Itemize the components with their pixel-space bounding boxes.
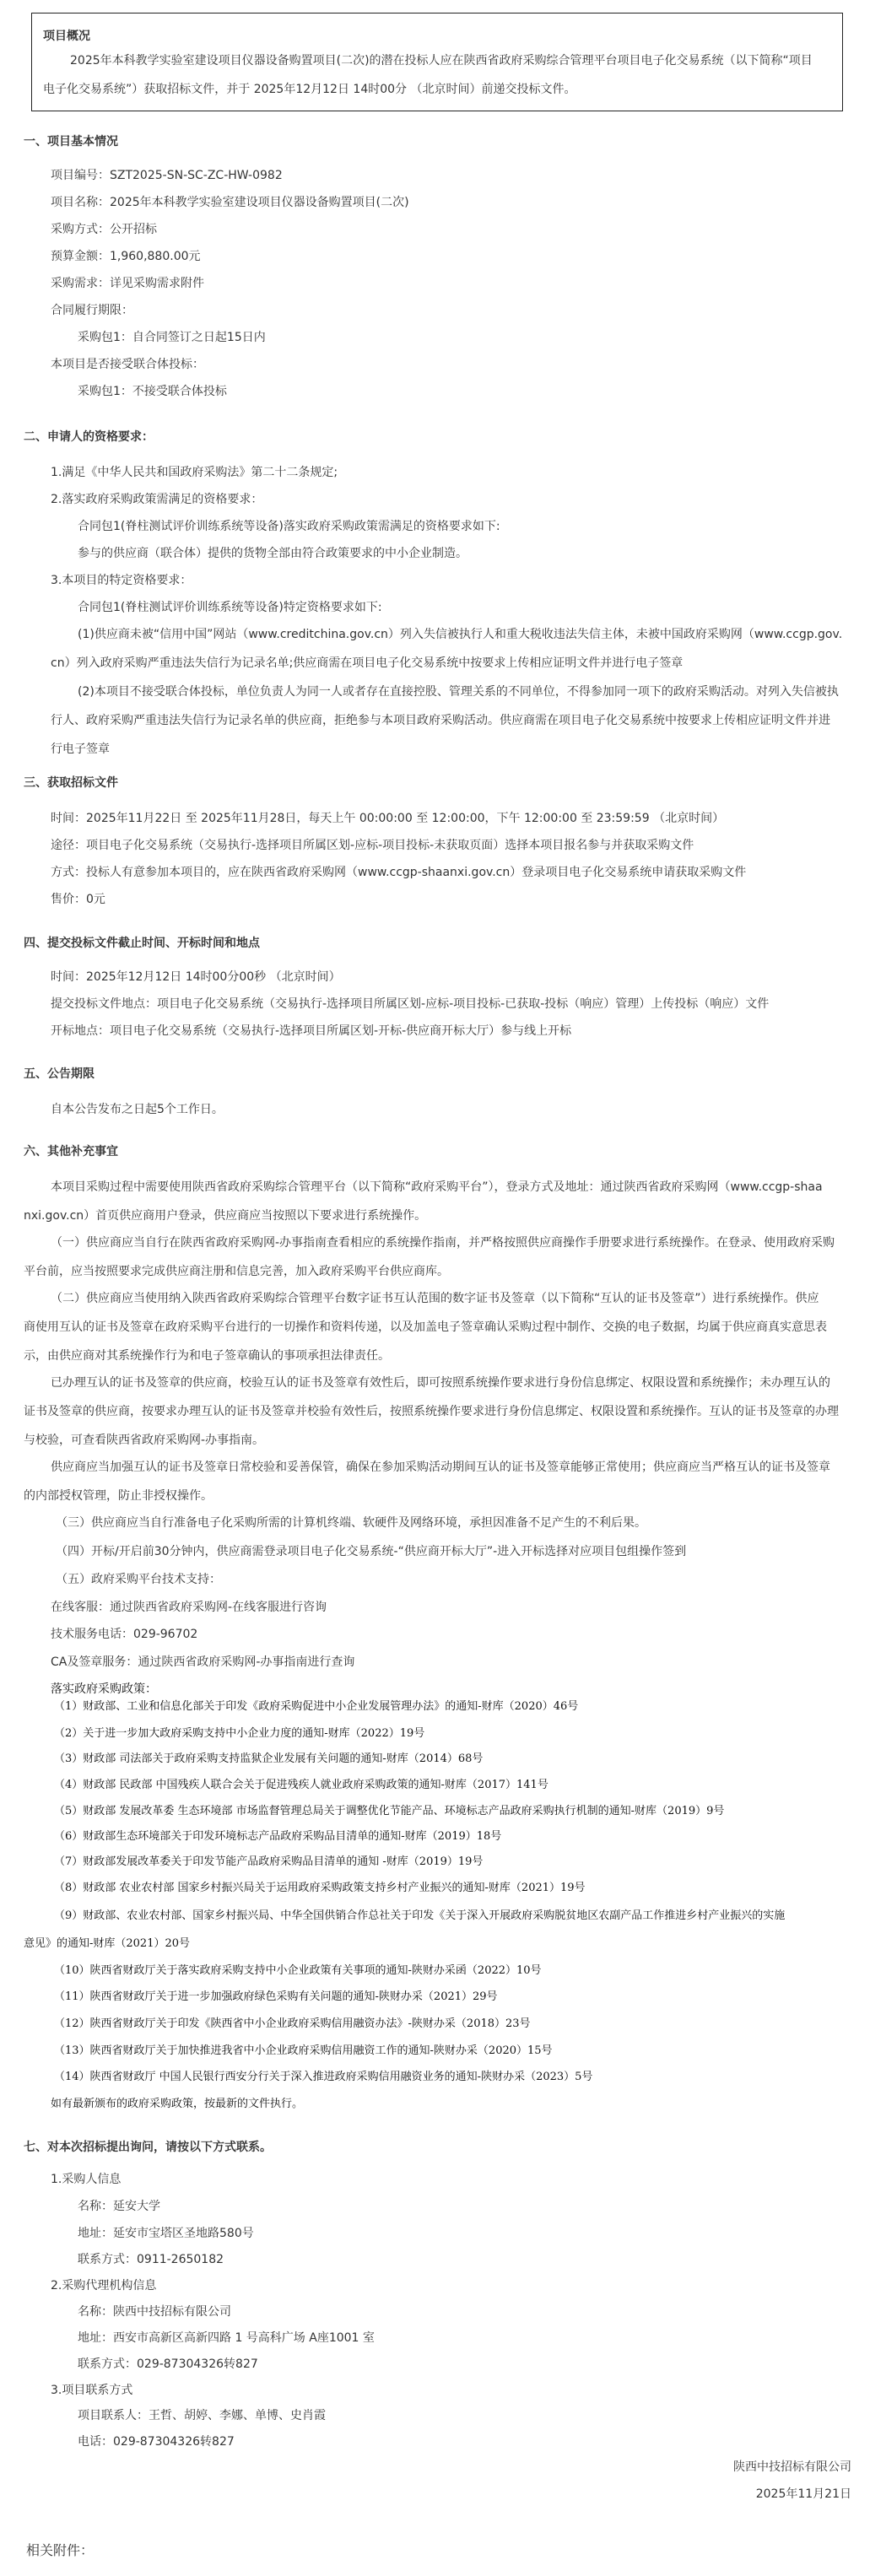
supplement-intro-line2: nxi.gov.cn）首页供应商用户登录，供应商应当按照以下要求进行系统操作。 <box>24 1207 426 1224</box>
purchaser-name: 名称：延安大学 <box>78 2198 160 2215</box>
section-2-heading: 二、申请人的资格要求： <box>24 429 154 446</box>
policy-item: （11）陕西省财政厅关于进一步加强政府绿色采购有关问题的通知-陕财办采（2021… <box>54 1989 498 2006</box>
policy-item: （10）陕西省财政厅关于落实政府采购支持中小企业政策有关事项的通知-陕财办采函（… <box>54 1963 542 1979</box>
section-5-heading: 五、公告期限 <box>24 1066 95 1083</box>
agency-contact: 联系方式：029-87304326转827 <box>78 2356 258 2373</box>
deadline-time: 时间：2025年12月12日 14时00分00秒 （北京时间） <box>51 969 341 986</box>
supplement-intro-line1: 本项目采购过程中需要使用陕西省政府采购综合管理平台（以下简称“政府采购平台”），… <box>51 1179 823 1196</box>
qualification-item-2-detail: 参与的供应商（联合体）提供的货物全部由符合政策要求的中小企业制造。 <box>78 545 467 562</box>
purchaser-contact: 联系方式：0911-2650182 <box>78 2251 224 2268</box>
project-number: 项目编号：SZT2025-SN-SC-ZC-HW-0982 <box>51 167 283 184</box>
qualification-item-3-package: 合同包1(脊柱测试评价训练系统等设备)特定资格要求如下: <box>78 599 382 616</box>
policy-item: （14）陕西省财政厅 中国人民银行西安分行关于深入推进政府采购信用融资业务的通知… <box>54 2069 592 2086</box>
qualification-item-3-p2-line1: (2)本项目不接受联合体投标，单位负责人为同一人或者存在直接控股、管理关系的不同… <box>78 683 839 700</box>
signature-date: 2025年11月21日 <box>756 2486 851 2503</box>
policy-item: （6）财政部生态环境部关于印发环境标志产品政府采购品目清单的通知-财库（2019… <box>54 1828 501 1845</box>
tech-service-phone: 技术服务电话：029-96702 <box>51 1626 197 1643</box>
overview-line-1: 2025年本科教学实验室建设项目仪器设备购置项目(二次)的潜在投标人应在陕西省政… <box>70 52 813 69</box>
acquisition-price: 售价：0元 <box>51 891 105 908</box>
project-contact-title: 3.项目联系方式 <box>51 2382 132 2399</box>
supplement-p5: （三）供应商应当自行准备电子化采购所需的计算机终端、软硬件及网络环境，承担因准备… <box>56 1515 646 1531</box>
policy-item: （7）财政部发展改革委关于印发节能产品政府采购品目清单的通知 -财库（2019）… <box>54 1854 483 1871</box>
opening-place: 开标地点：项目电子化交易系统（交易执行-选择项目所属区划-开标-供应商开标大厅）… <box>51 1023 571 1040</box>
supplement-p3-line1: 已办理互认的证书及签章的供应商，校验互认的证书及签章有效性后，即可按照系统操作要… <box>51 1374 830 1391</box>
policy-footer: 如有最新颁布的政府采购政策，按最新的文件执行。 <box>51 2096 303 2113</box>
supplement-p4-line1: 供应商应当加强互认的证书及签章日常校验和妥善保管，确保在参加采购活动期间互认的证… <box>51 1459 830 1476</box>
qualification-item-1: 1.满足《中华人民共和国政府采购法》第二十二条规定; <box>51 464 338 481</box>
ca-service: CA及签章服务：通过陕西省政府采购网-办事指南进行查询 <box>51 1654 354 1671</box>
supplement-p6: （四）开标/开启前30分钟内，供应商需登录项目电子化交易系统-“供应商开标大厅”… <box>56 1543 686 1560</box>
section-4-heading: 四、提交投标文件截止时间、开标时间和地点 <box>24 935 260 952</box>
purchaser-address: 地址：延安市宝塔区圣地路580号 <box>78 2225 254 2242</box>
attachments-label: 相关附件： <box>26 2542 94 2559</box>
policy-item: （9）财政部、农业农村部、国家乡村振兴局、中华全国供销合作总社关于印发《关于深入… <box>54 1908 785 1925</box>
agency-address: 地址：西安市高新区高新四路 1 号高科广场 A座1001 室 <box>78 2330 375 2346</box>
procurement-demand: 采购需求：详见采购需求附件 <box>51 275 204 292</box>
supplement-p2-line2: 商使用互认的证书及签章在政府采购平台进行的一切操作和资料传递，以及加盖电子签章确… <box>24 1319 827 1336</box>
announcement-period: 自本公告发布之日起5个工作日。 <box>51 1101 224 1118</box>
section-1-heading: 一、项目基本情况 <box>24 133 118 150</box>
section-6-heading: 六、其他补充事宜 <box>24 1143 118 1160</box>
qualification-item-2-package: 合同包1(脊柱测试评价训练系统等设备)落实政府采购政策需满足的资格要求如下: <box>78 518 500 535</box>
consortium-label: 本项目是否接受联合体投标： <box>51 356 204 373</box>
contract-period-package: 采购包1：自合同签订之日起15日内 <box>78 329 266 346</box>
policy-item: （3）财政部 司法部关于政府采购支持监狱企业发展有关问题的通知-财库（2014）… <box>54 1751 483 1768</box>
policy-item: （1）财政部、工业和信息化部关于印发《政府采购促进中小企业发展管理办法》的通知-… <box>54 1698 578 1715</box>
policy-item: （13）陕西省财政厅关于加快推进我省中小企业政府采购信用融资工作的通知-陕财办采… <box>54 2043 553 2060</box>
supplement-p1-line2: 平台前，应当按照要求完成供应商注册和信息完善，加入政府采购平台供应商库。 <box>24 1263 449 1280</box>
policy-item: （2）关于进一步加大政府采购支持中小企业力度的通知-财库（2022）19号 <box>54 1725 424 1742</box>
section-3-heading: 三、获取招标文件 <box>24 775 118 791</box>
acquisition-time: 时间：2025年11月22日 至 2025年11月28日，每天上午 00:00:… <box>51 810 724 827</box>
signature-company: 陕西中技招标有限公司 <box>733 2459 851 2476</box>
project-name: 项目名称：2025年本科教学实验室建设项目仪器设备购置项目(二次) <box>51 194 409 211</box>
qualification-item-3-p2-line2: 行人、政府采购严重违法失信行为记录名单的供应商，拒绝参与本项目政府采购活动。供应… <box>51 712 830 729</box>
qualification-item-3: 3.本项目的特定资格要求： <box>51 572 192 589</box>
agency-info-title: 2.采购代理机构信息 <box>51 2277 156 2294</box>
agency-name: 名称：陕西中技招标有限公司 <box>78 2303 231 2320</box>
acquisition-route: 途径：项目电子化交易系统（交易执行-选择项目所属区划-应标-项目投标-未获取页面… <box>51 837 694 854</box>
supplement-p2-line3: 示，由供应商对其系统操作行为和电子签章确认的事项承担法律责任。 <box>24 1347 390 1364</box>
supplement-p7: （五）政府采购平台技术支持： <box>56 1571 221 1588</box>
budget-amount: 预算金额：1,960,880.00元 <box>51 248 201 265</box>
overview-title: 项目概况 <box>43 28 90 45</box>
supplement-p4-line2: 的内部授权管理，防止非授权操作。 <box>24 1488 213 1504</box>
supplement-p3-line2: 证书及签章的供应商，按要求办理互认的证书及签章并校验有效性后，按照系统操作要求进… <box>24 1403 839 1420</box>
acquisition-method: 方式：投标人有意参加本项目的，应在陕西省政府采购网（www.ccgp-shaan… <box>51 864 746 881</box>
qualification-item-3-p1-line1: (1)供应商未被“信用中国”网站（www.creditchina.gov.cn）… <box>78 626 842 643</box>
policy-heading: 落实政府采购政策： <box>51 1681 157 1698</box>
policy-item-continued: 意见》的通知-财库（2021）20号 <box>24 1936 190 1952</box>
contract-period-label: 合同履行期限： <box>51 302 133 319</box>
qualification-item-2: 2.落实政府采购政策需满足的资格要求： <box>51 491 262 508</box>
project-phone: 电话：029-87304326转827 <box>78 2433 235 2450</box>
procurement-method: 采购方式：公开招标 <box>51 221 157 238</box>
overview-line-2: 电子化交易系统”）获取招标文件，并于 2025年12月12日 14时00分 （北… <box>43 81 576 98</box>
section-7-heading: 七、对本次招标提出询问，请按以下方式联系。 <box>24 2139 272 2156</box>
qualification-item-3-p2-line3: 行电子签章 <box>51 741 110 758</box>
policy-item: （4）财政部 民政部 中国残疾人联合会关于促进残疾人就业政府采购政策的通知-财库… <box>54 1777 548 1794</box>
supplement-p2-line1: （二）供应商应当使用纳入陕西省政府采购综合管理平台数字证书互认范围的数字证书及签… <box>51 1290 819 1307</box>
online-service: 在线客服：通过陕西省政府采购网-在线客服进行咨询 <box>51 1599 327 1616</box>
policy-item: （8）财政部 农业农村部 国家乡村振兴局关于运用政府采购政策支持乡村产业振兴的通… <box>54 1880 586 1897</box>
consortium-package: 采购包1：不接受联合体投标 <box>78 383 227 400</box>
announcement-page: 项目概况 2025年本科教学实验室建设项目仪器设备购置项目(二次)的潜在投标人应… <box>0 0 870 2576</box>
submission-place: 提交投标文件地点：项目电子化交易系统（交易执行-选择项目所属区划-应标-项目投标… <box>51 996 769 1013</box>
qualification-item-3-p1-line2: cn）列入政府采购严重违法失信行为记录名单;供应商需在项目电子化交易系统中按要求… <box>51 655 683 672</box>
policy-item: （12）陕西省财政厅关于印发《陕西省中小企业政府采购信用融资办法》-陕财办采（2… <box>54 2016 531 2033</box>
supplement-p3-line3: 与校验，可查看陕西省政府采购网-办事指南。 <box>24 1432 264 1449</box>
policy-item: （5）财政部 发展改革委 生态环境部 市场监督管理总局关于调整优化节能产品、环境… <box>54 1803 724 1820</box>
supplement-p1-line1: （一）供应商应当自行在陕西省政府采购网-办事指南查看相应的系统操作指南，并严格按… <box>51 1234 835 1251</box>
project-contacts: 项目联系人：王哲、胡婷、李娜、单博、史肖霞 <box>78 2407 326 2424</box>
purchaser-info-title: 1.采购人信息 <box>51 2171 121 2188</box>
